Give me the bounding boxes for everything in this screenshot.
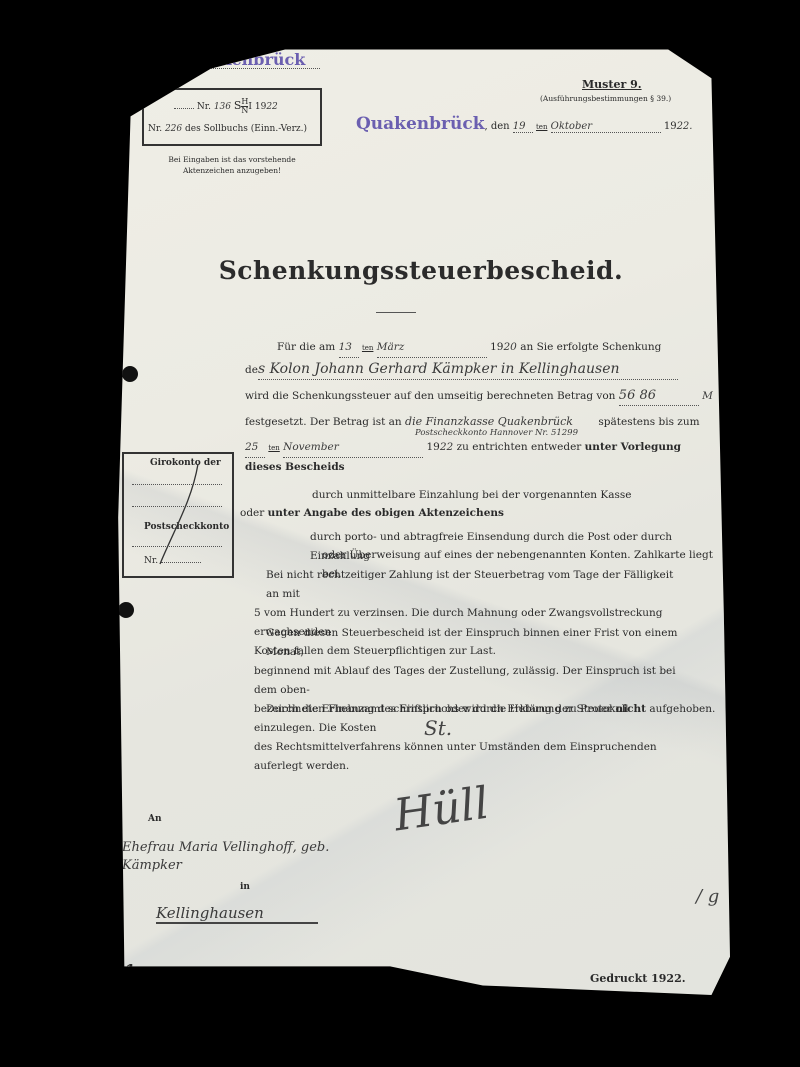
strike-line bbox=[154, 460, 204, 570]
printed-year: Gedruckt 1922. bbox=[590, 972, 686, 985]
due-month: November bbox=[283, 438, 423, 458]
date-year: 22. bbox=[677, 121, 693, 132]
form-name: Schenkungssteuerbescheid. bbox=[146, 968, 274, 978]
office-stamp: Quakenbrück bbox=[184, 50, 305, 69]
body-line-6: dieses Bescheids bbox=[245, 458, 345, 477]
signature-initial: St. bbox=[424, 716, 452, 740]
form-regulations: (Ausführungsbestimmungen § 39.) bbox=[540, 94, 671, 103]
gift-day: 13 bbox=[339, 338, 359, 358]
document-page: Finanzamt Quakenbrück Nr. 136 SHNI 1922 … bbox=[112, 40, 730, 995]
due-year: 22 bbox=[440, 441, 453, 453]
body-line-4: festgesetzt. Der Betrag ist an die Finan… bbox=[245, 412, 700, 432]
gift-month: März bbox=[377, 338, 487, 358]
tax-amount: 56 86 bbox=[619, 386, 699, 406]
sollbuch-number: 226 bbox=[165, 124, 182, 134]
body-line-8: oder unter Angabe des obigen Aktenzeiche… bbox=[240, 504, 504, 523]
signature: Hüll bbox=[391, 778, 492, 842]
place-stamp: Quakenbrück bbox=[356, 114, 484, 134]
payee-office: die Finanzkasse Quakenbrück Postscheckko… bbox=[405, 412, 595, 431]
sollbuch-line: Nr. 226 des Sollbuchs (Einn.-Verz.) bbox=[148, 124, 307, 134]
title-divider bbox=[376, 312, 416, 313]
office-label: Finanzamt bbox=[122, 62, 175, 72]
punch-hole bbox=[118, 602, 134, 618]
margin-note: / g bbox=[696, 886, 719, 907]
body-line-2: des Kolon Johann Gerhard Kämpker in Kell… bbox=[245, 360, 678, 380]
donor-name: s Kolon Johann Gerhard Kämpker in Kellin… bbox=[258, 360, 678, 380]
recipient-label: An bbox=[148, 814, 162, 824]
footer-form: L. 21. Schenkungssteuerbescheid. bbox=[94, 960, 274, 979]
document-title: Schenkungssteuerbescheid. bbox=[112, 256, 730, 285]
reference-number-line: Nr. 136 SHNI 1922 bbox=[174, 98, 278, 115]
body-line-5: 25 ten November 1922 zu entrichten entwe… bbox=[245, 438, 681, 458]
recipient-maiden-name: Kämpker bbox=[122, 858, 182, 873]
place-date-line: Quakenbrück, den 19 ten Oktober 1922. bbox=[356, 114, 692, 134]
reference-box: Nr. 136 SHNI 1922 Nr. 226 des Sollbuchs … bbox=[142, 88, 322, 146]
form-id: Muster 9. bbox=[582, 78, 642, 91]
office-line: Finanzamt Quakenbrück bbox=[122, 54, 322, 73]
punch-hole bbox=[122, 366, 138, 382]
recipient-in-label: in bbox=[240, 882, 250, 892]
recipient-name: Ehefrau Maria Vellinghoff, geb. bbox=[122, 840, 329, 855]
recipient-place: Kellinghausen bbox=[156, 904, 318, 924]
appeal-note: Durch die Erhebung des Einspruchs wird d… bbox=[266, 700, 715, 719]
gift-year: 20 bbox=[503, 341, 516, 353]
date-day: 19 bbox=[513, 121, 533, 133]
due-day: 25 bbox=[245, 438, 265, 458]
account-box: Girokonto der Postscheckkonto Nr. bbox=[122, 452, 234, 578]
body-line-1: Für die am 13 ten März 1920 an Sie erfol… bbox=[277, 338, 661, 358]
date-month: Oktober bbox=[551, 121, 661, 133]
body-line-7: durch unmittelbare Einzahlung bei der vo… bbox=[312, 486, 631, 505]
reference-number: 136 bbox=[214, 102, 231, 112]
reference-note: Bei Eingaben ist das vorstehende Aktenze… bbox=[142, 154, 322, 176]
form-number: L. 21. bbox=[94, 961, 141, 979]
body-line-3: wird die Schenkungssteuer auf den umseit… bbox=[245, 386, 713, 406]
